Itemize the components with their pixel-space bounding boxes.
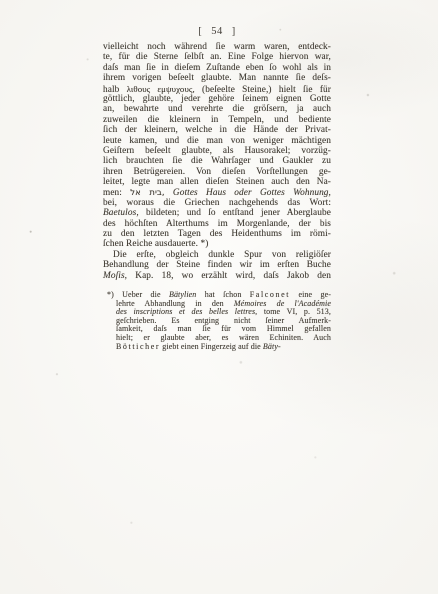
text-line: lich brauchten ſie die Wahrſager und Gau… <box>103 156 331 166</box>
paragraph-2: Die erſte, obgleich dunkle Spur von reli… <box>103 250 331 281</box>
text-line: men: בית אל, Gottes Haus oder Gottes Woh… <box>103 187 331 197</box>
text-line: ihrem vorigen beſeelt glaubte. Man nannt… <box>103 73 331 83</box>
italic-phrase: Baetulos, <box>103 208 139 218</box>
text-line: ſchen Reiche ausdauerte. *) <box>103 239 331 249</box>
footnote-line: Bötticher giebt einen Fingerzeig auf die… <box>103 343 331 352</box>
italic-phrase: des inscriptions et des belles lettres, <box>116 307 257 316</box>
text-line: Moſis, Kap. 18, wo erzählt wird, daſs Ja… <box>103 271 331 281</box>
paragraph-1: vielleicht noch während ſie warm waren, … <box>103 42 331 250</box>
letterspaced-name: Bötticher <box>116 342 160 351</box>
text-line: zuweilen die kleinern in Tempeln, und be… <box>103 115 331 125</box>
text-line: ihren Betrügereien. Von dieſen Vorſtellu… <box>103 167 331 177</box>
text-line: Behandlung der Steine finden wir im erſt… <box>103 260 331 270</box>
text-line: göttlich, glaubte, jeder gehöre ſeinem e… <box>103 94 331 104</box>
text-line: te, für die Sterne ſelbſt an. Eine Folge… <box>103 52 331 62</box>
text-line: leute kamen, und die man von weniger mäc… <box>103 136 331 146</box>
italic-phrase: Bäty- <box>263 342 281 351</box>
italic-phrase: Gottes Haus oder Gottes Wohnung, <box>173 188 331 198</box>
text-line: daſs man ſie in dieſem Zuſtande eben ſo … <box>103 63 331 73</box>
text-line: an, bewahrte und verehrte die gröſsern, … <box>103 104 331 114</box>
left-bracket: [ <box>198 26 202 37</box>
footnote: *) Ueber die Bätylien hat ſchon Falconet… <box>103 291 331 351</box>
greek-phrase: λιθους εμψυχους, <box>127 84 195 94</box>
text-line: zu den letzten Tagen des Heidenthums im … <box>103 229 331 239</box>
scanned-book-page: [ 54 ] vielleicht noch während ſie warm … <box>0 0 438 594</box>
text-line: leitet, legte man allen dieſen Steinen a… <box>103 177 331 187</box>
text-segment: giebt einen Fingerzeig auf die <box>162 342 261 351</box>
text-line: Geiſtern beſeelt glaubte, als Hausorakel… <box>103 146 331 156</box>
text-line: halb λιθους εμψυχους, (beſeelte Steine,)… <box>103 84 331 94</box>
text-line: ſich der kleinern, welche in die Hände d… <box>103 125 331 135</box>
page-number-header: [ 54 ] <box>103 26 331 37</box>
text-segment: men: <box>103 188 122 198</box>
page-number: 54 <box>211 26 223 37</box>
right-bracket: ] <box>232 26 236 37</box>
italic-phrase: Moſis, <box>103 271 127 281</box>
text-line: des höchſten Alterthums im Morgenlande, … <box>103 219 331 229</box>
text-segment: bildeten; und ſo entſtand jener Aberglau… <box>146 208 331 218</box>
text-line: bei, woraus die Griechen nachgehends das… <box>103 198 331 208</box>
text-line: Die erſte, obgleich dunkle Spur von reli… <box>103 250 331 260</box>
hebrew-phrase: בית אל, <box>130 187 164 197</box>
text-block: vielleicht noch während ſie warm waren, … <box>103 42 331 281</box>
text-segment: tome VI, p. 513, <box>264 307 331 316</box>
text-line: Baetulos, bildeten; und ſo entſtand jene… <box>103 208 331 218</box>
text-line: vielleicht noch während ſie warm waren, … <box>103 42 331 52</box>
text-segment: Kap. 18, wo erzählt wird, daſs Jakob den <box>135 271 331 281</box>
